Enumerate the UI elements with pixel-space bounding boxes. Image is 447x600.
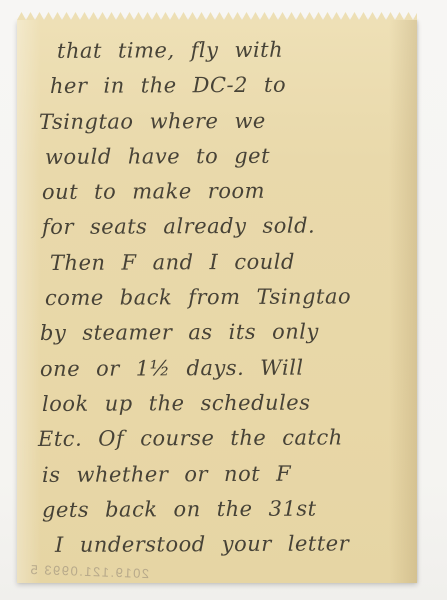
deckle-torn-edge — [17, 12, 417, 20]
handwriting-line-13: is whether or not F — [42, 456, 409, 493]
handwriting-line-4: would have to get — [45, 138, 409, 175]
handwriting-line-10: one or 1½ days. Will — [40, 350, 409, 387]
handwriting-line-1: that time, fly with — [57, 32, 409, 69]
accession-number-mirrored: 2019.121.0993 5 — [29, 562, 150, 581]
handwriting-line-11: look up the schedules — [42, 385, 409, 422]
handwriting-line-15: I understood your letter — [55, 526, 409, 563]
letter-page: that time, fly with her in the DC-2 to T… — [17, 20, 417, 583]
handwriting-line-5: out to make room — [42, 173, 409, 210]
handwriting-line-2: her in the DC-2 to — [50, 67, 409, 104]
handwriting-line-8: come back from Tsingtao — [45, 279, 409, 316]
handwriting-line-14: gets back on the 31st — [42, 491, 409, 528]
handwriting-line-3: Tsingtao where we — [39, 103, 409, 140]
handwriting-line-7: Then F and I could — [50, 244, 409, 281]
handwriting-block: that time, fly with her in the DC-2 to T… — [17, 33, 409, 562]
handwriting-line-6: for seats already sold. — [42, 209, 409, 246]
handwriting-line-12: Etc. Of course the catch — [38, 420, 409, 457]
handwriting-line-9: by steamer as its only — [40, 314, 409, 351]
